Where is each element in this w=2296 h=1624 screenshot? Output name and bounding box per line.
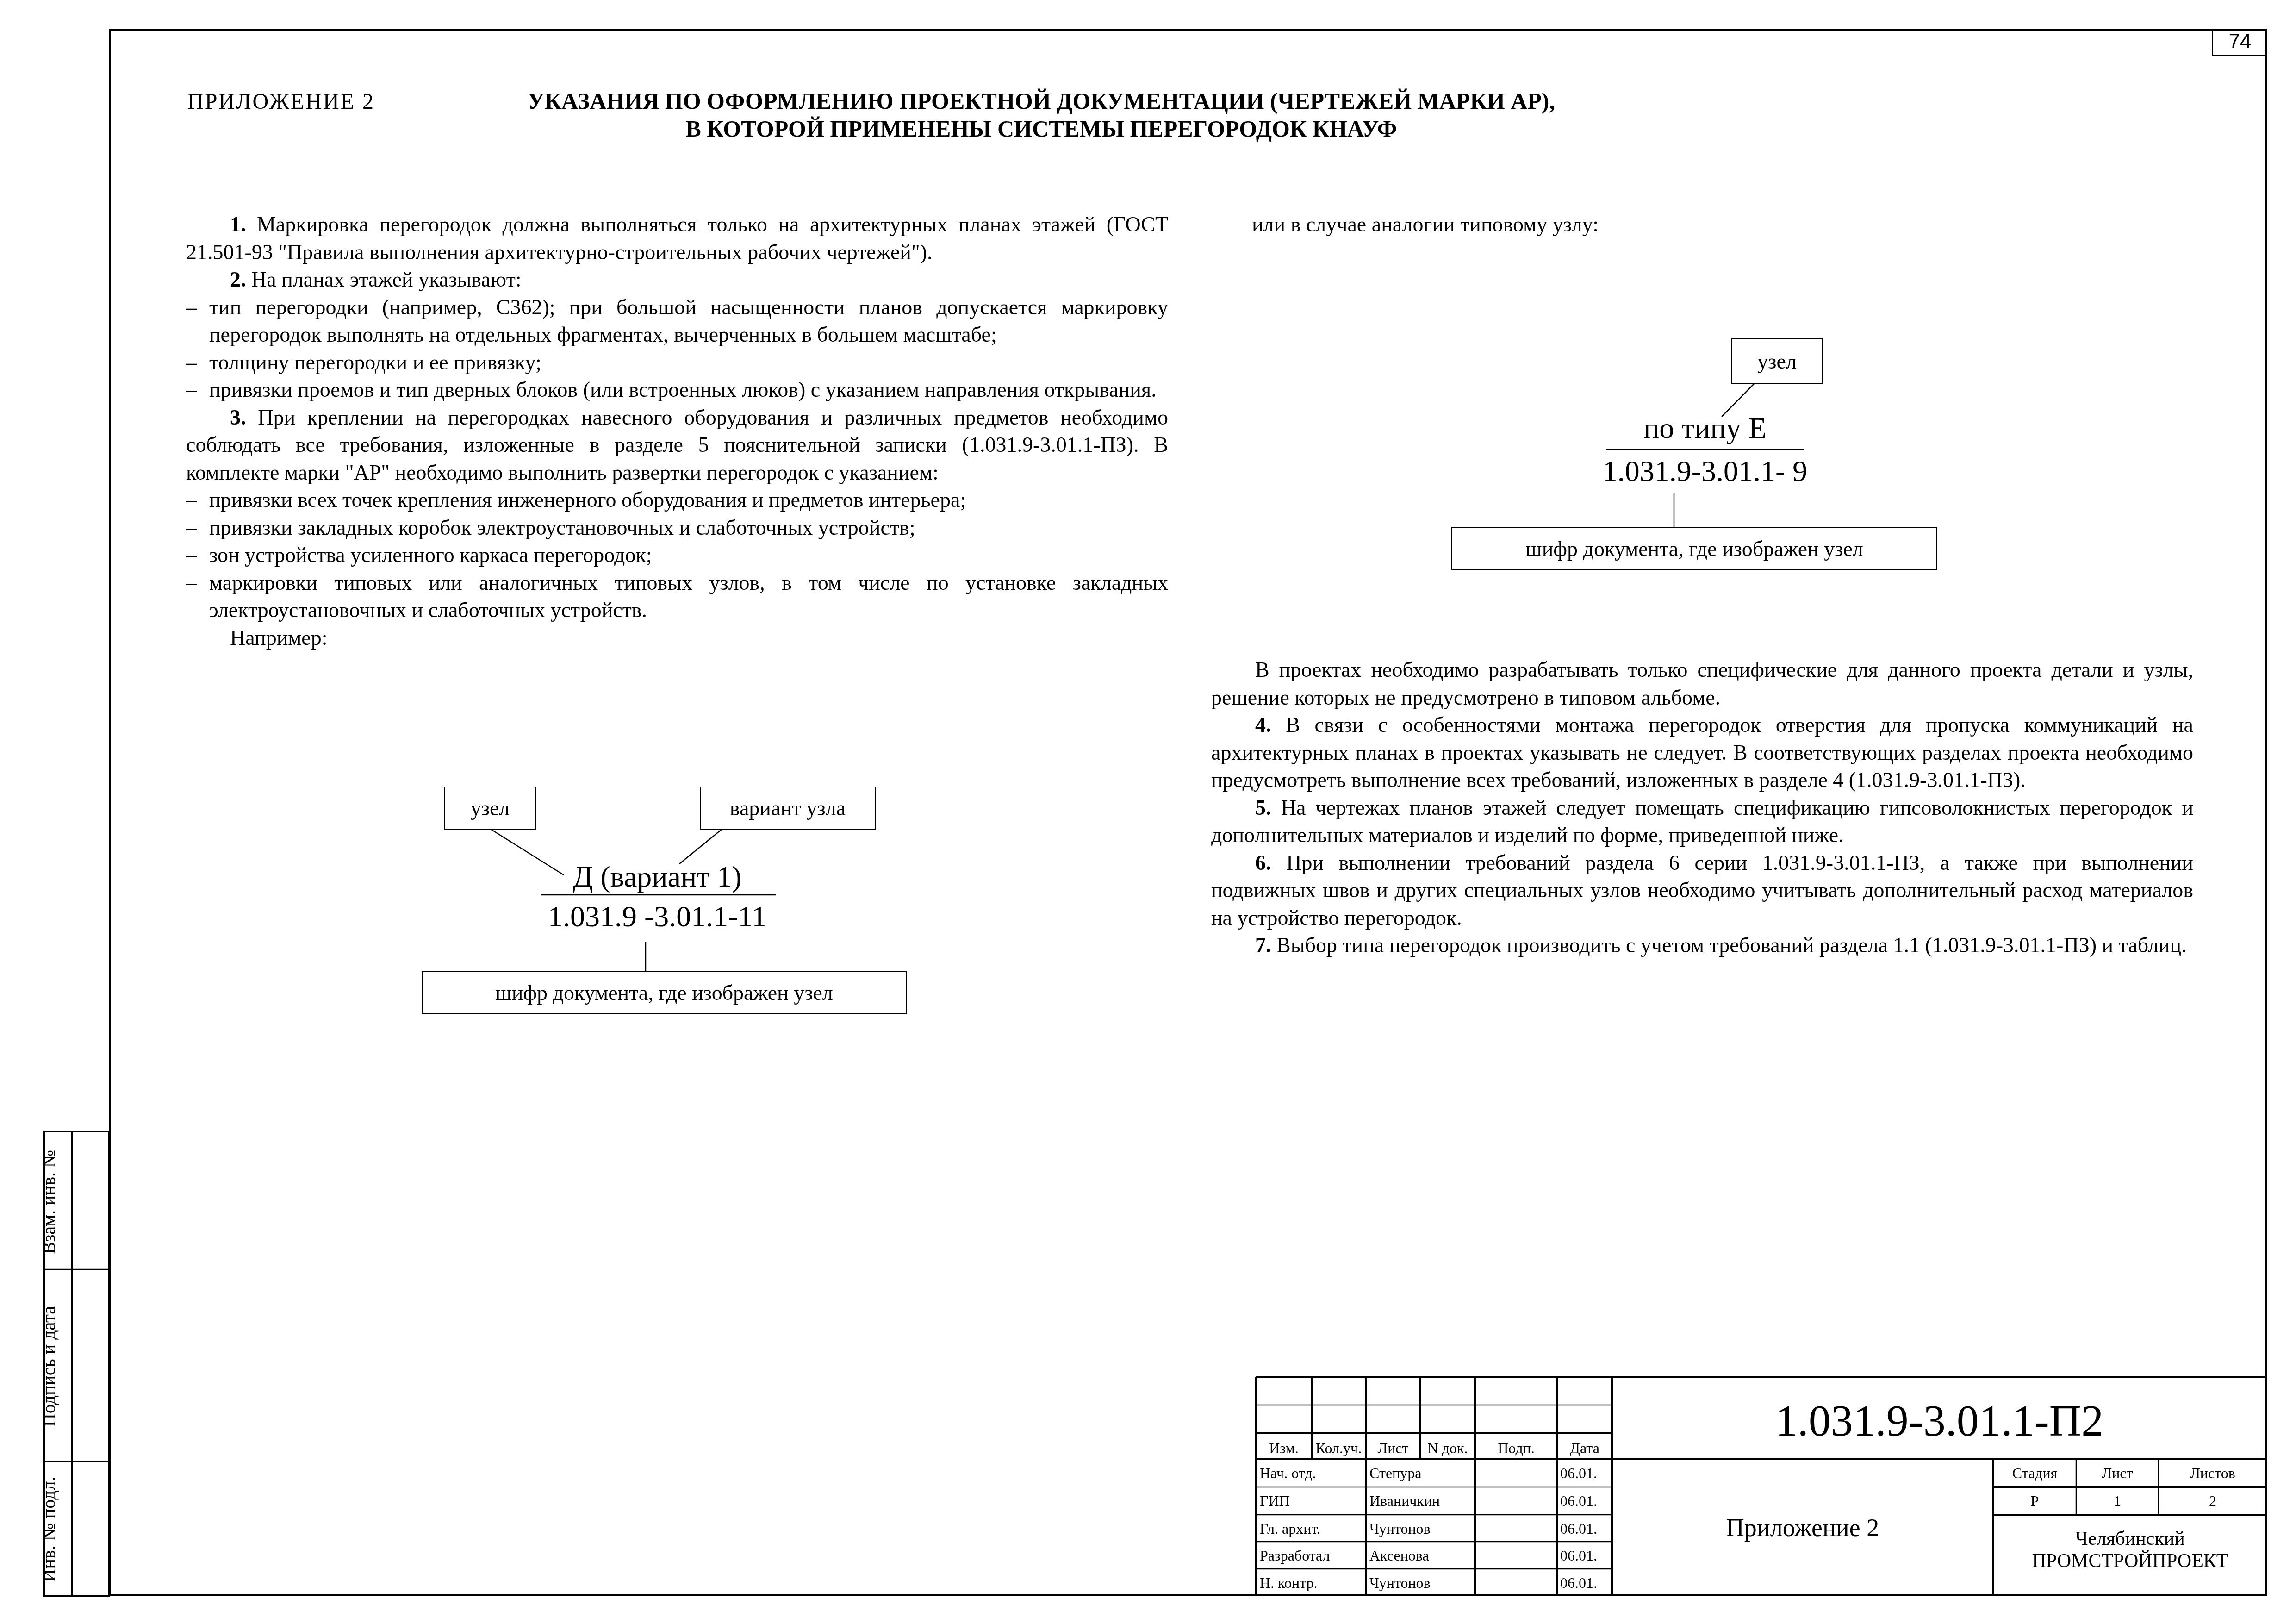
title-block-name: Иваничкин: [1369, 1487, 1477, 1514]
title-block-role: Гл. архит.: [1260, 1515, 1368, 1542]
title-block-header-cell: N док.: [1420, 1433, 1475, 1459]
title-block-header-cell: Подп.: [1475, 1433, 1557, 1459]
sheet-header: Лист: [2076, 1459, 2159, 1487]
title-block-date: 06.01.: [1560, 1569, 1614, 1596]
title-block-name: Степура: [1369, 1459, 1477, 1486]
sheets-value: 2: [2159, 1487, 2267, 1515]
title-block-role: Нач. отд.: [1260, 1459, 1368, 1486]
title-block-header-cell: Кол.уч.: [1312, 1433, 1366, 1459]
organization-line-1: Челябинский: [1993, 1528, 2267, 1550]
title-block-grid: [0, 0, 2296, 1624]
title-block-role: Н. контр.: [1260, 1569, 1368, 1596]
title-block-date: 06.01.: [1560, 1515, 1614, 1542]
document-code: 1.031.9-3.01.1-П2: [1612, 1382, 2267, 1459]
organization-line-2: ПРОМСТРОЙПРОЕКТ: [1993, 1550, 2267, 1572]
organization: Челябинский ПРОМСТРОЙПРОЕКТ: [1993, 1528, 2267, 1572]
title-block-date: 06.01.: [1560, 1542, 1614, 1568]
title-block-date: 06.01.: [1560, 1459, 1614, 1486]
sheets-header: Листов: [2159, 1459, 2267, 1487]
title-block-header-cell: Лист: [1366, 1433, 1420, 1459]
sheet-value: 1: [2076, 1487, 2159, 1515]
title-block-role: Разработал: [1260, 1542, 1368, 1568]
sheet-title: Приложение 2: [1612, 1459, 1993, 1596]
title-block-name: Чунтонов: [1369, 1569, 1477, 1596]
title-block-header-cell: Изм.: [1256, 1433, 1312, 1459]
title-block-role: ГИП: [1260, 1487, 1368, 1514]
title-block-name: Аксенова: [1369, 1542, 1477, 1568]
stage-header: Стадия: [1993, 1459, 2076, 1487]
title-block-name: Чунтонов: [1369, 1515, 1477, 1542]
title-block-date: 06.01.: [1560, 1487, 1614, 1514]
stage-value: Р: [1993, 1487, 2076, 1515]
title-block-header-cell: Дата: [1557, 1433, 1612, 1459]
